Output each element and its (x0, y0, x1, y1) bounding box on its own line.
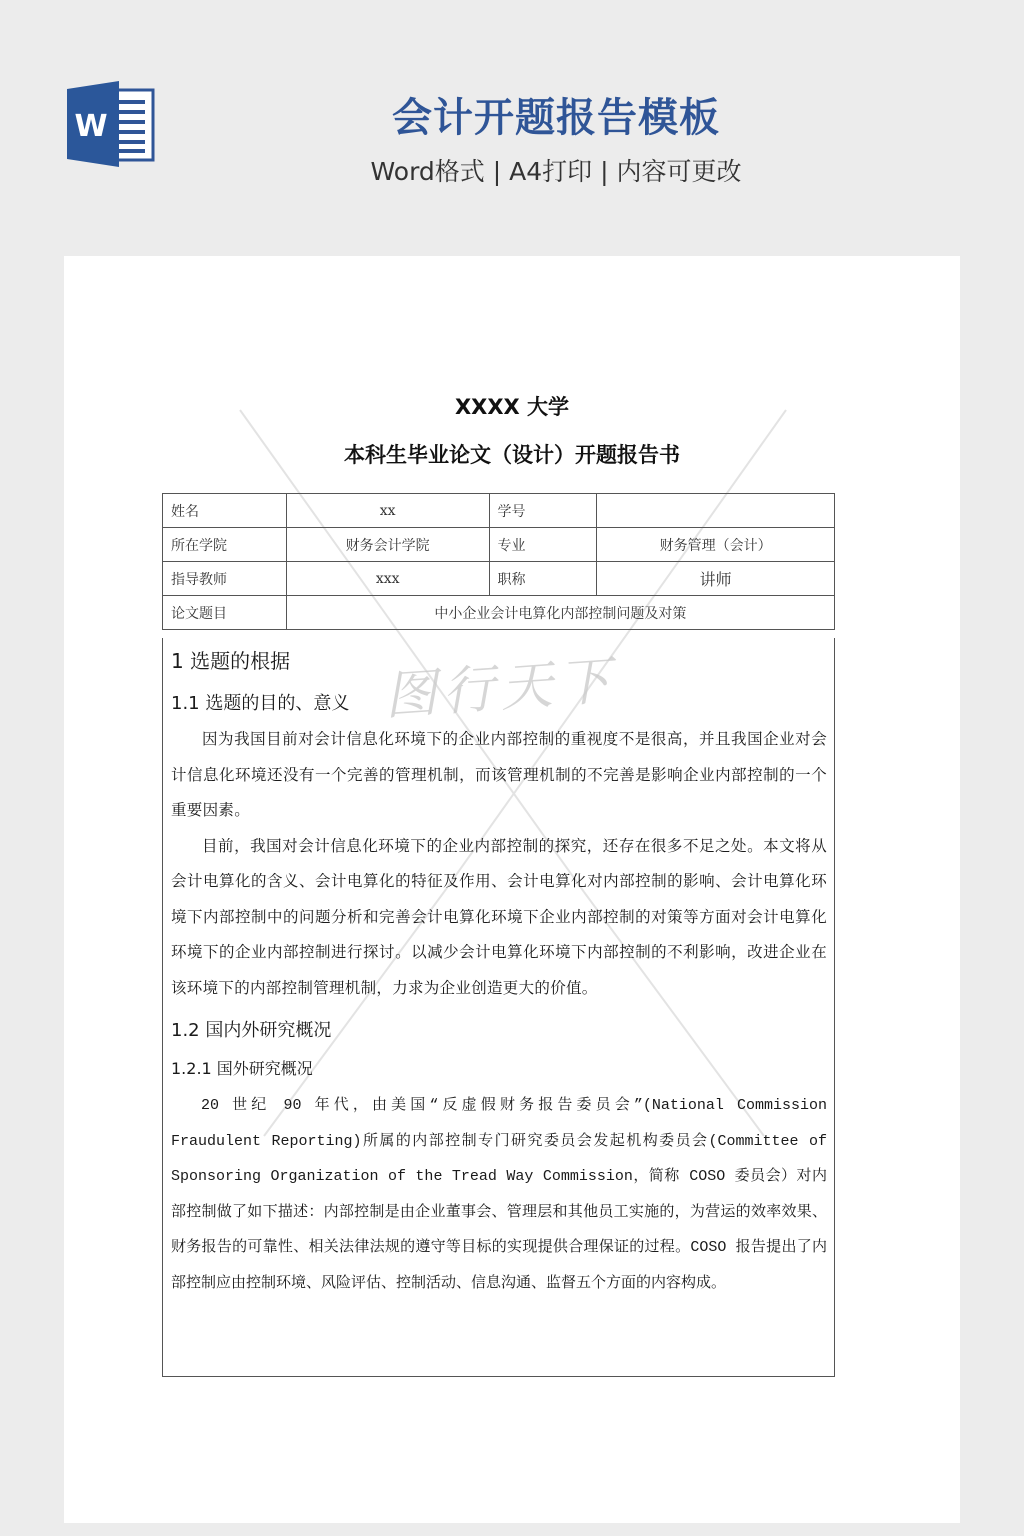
section-heading-1-1: 1.1 选题的目的、意义 (171, 692, 827, 722)
title-rank-value: 讲师 (597, 562, 835, 596)
table-row: 所在学院 财务会计学院 专业 财务管理（会计） (163, 528, 835, 562)
document-page: 图行天下 XXXX 大学 本科生毕业论文（设计）开题报告书 姓名 xx 学号 所… (64, 256, 960, 1523)
report-body: 1 选题的根据 1.1 选题的目的、意义 因为我国目前对会计信息化环境下的企业内… (162, 638, 835, 1377)
section-heading-1-2-1: 1.2.1 国外研究概况 (171, 1058, 827, 1088)
svg-text:W: W (74, 109, 107, 144)
thesis-topic-label: 论文题目 (163, 596, 287, 630)
name-label: 姓名 (163, 494, 287, 528)
section-heading-1-2: 1.2 国内外研究概况 (171, 1019, 827, 1049)
thesis-topic-value: 中小企业会计电算化内部控制问题及对策 (286, 596, 834, 630)
college-label: 所在学院 (163, 528, 287, 562)
advisor-value: xxx (286, 562, 489, 596)
major-label: 专业 (489, 528, 597, 562)
paragraph: 目前，我国对会计信息化环境下的企业内部控制的探究，还存在很多不足之处。本文将从会… (171, 829, 827, 1007)
table-row: 论文题目 中小企业会计电算化内部控制问题及对策 (163, 596, 835, 630)
student-id-label: 学号 (489, 494, 597, 528)
word-icon: W (65, 81, 157, 167)
university-name: XXXX 大学 (64, 392, 960, 422)
student-id-value (597, 494, 835, 528)
advisor-label: 指导教师 (163, 562, 287, 596)
banner-title: 会计开题报告模板 (300, 92, 812, 144)
name-value: xx (286, 494, 489, 528)
college-value: 财务会计学院 (286, 528, 489, 562)
section-heading-1: 1 选题的根据 (171, 649, 827, 679)
document-title: 本科生毕业论文（设计）开题报告书 (64, 440, 960, 470)
title-rank-label: 职称 (489, 562, 597, 596)
paragraph: 20 世纪 90 年代，由美国“反虚假财务报告委员会”(National Com… (171, 1088, 827, 1301)
table-row: 指导教师 xxx 职称 讲师 (163, 562, 835, 596)
banner-subtitle: Word格式 | A4打印 | 内容可更改 (300, 152, 812, 192)
table-row: 姓名 xx 学号 (163, 494, 835, 528)
major-value: 财务管理（会计） (597, 528, 835, 562)
paragraph: 因为我国目前对会计信息化环境下的企业内部控制的重视度不是很高，并且我国企业对会计… (171, 722, 827, 829)
student-info-table: 姓名 xx 学号 所在学院 财务会计学院 专业 财务管理（会计） 指导教师 xx… (162, 493, 835, 630)
